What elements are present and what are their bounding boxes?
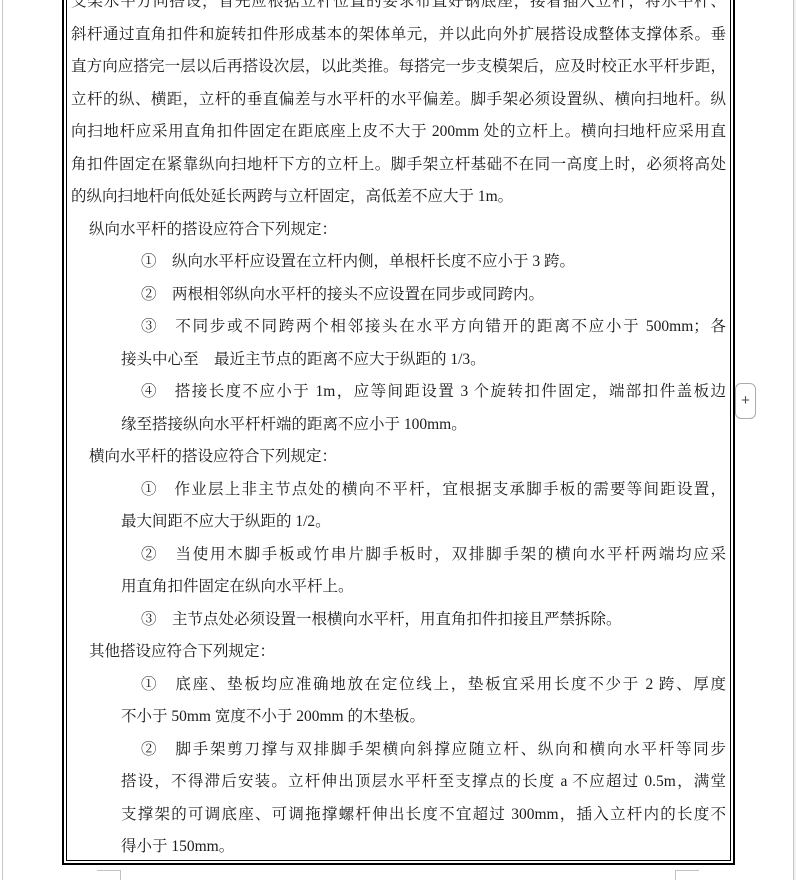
text-line: 接头中心至 最近主节点的距离不应大于纵距的 1/3。	[71, 344, 726, 377]
text-line: 斜杆通过直角扣件和旋转扣件形成基本的架体单元，并以此向外扩展搭设成整体支撑体系。…	[71, 19, 726, 52]
text-line: 支撑架的可调底座、可调拖撑螺杆伸出长度不宜超过 300mm，插入立杆内的长度不	[71, 799, 726, 832]
text-line: 向扫地杆应采用直角扣件固定在距底座上皮不大于 200mm 处的立杆上。横向扫地杆…	[71, 116, 726, 149]
text-line: ② 两根相邻纵向水平杆的接头不应设置在同步或同跨内。	[71, 279, 726, 312]
text-line: ② 当使用木脚手板或竹串片脚手板时，双排脚手架的横向水平杆两端均应采	[71, 539, 726, 572]
plus-button[interactable]: +	[735, 383, 756, 419]
table-cell-inner-border: 支架水平方向搭设，首先应根据立杆位置的要求布置好钢底座，接着插入立杆，将水平杆、…	[66, 0, 731, 861]
text-line: 其他搭设应符合下列规定：	[71, 636, 726, 669]
text-line: ① 作业层上非主节点处的横向不平杆，宜根据支承脚手板的需要等间距设置，	[71, 474, 726, 507]
margin-mark-left	[97, 870, 121, 880]
text-line: 得小于 150mm。	[71, 831, 726, 861]
text-line: 纵向水平杆的搭设应符合下列规定：	[71, 214, 726, 247]
text-line: ① 底座、垫板均应准确地放在定位线上，垫板宜采用长度不少于 2 跨、厚度	[71, 669, 726, 702]
text-line: 缘至搭接纵向水平杆杆端的距离不应小于 100mm。	[71, 409, 726, 442]
text-line: 最大间距不应大于纵距的 1/2。	[71, 506, 726, 539]
text-line: 直方向应搭完一层以后再搭设次层，以此类推。每搭完一步支模架后，应及时校正水平杆步…	[71, 51, 726, 84]
text-line: 立杆的纵、横距，立杆的垂直偏差与水平杆的水平偏差。脚手架必须设置纵、横向扫地杆。…	[71, 84, 726, 117]
text-line: 搭设，不得滞后安装。立杆伸出顶层水平杆至支撑点的长度 a 不应超过 0.5m，满…	[71, 766, 726, 799]
text-line: ④ 搭接长度不应小于 1m，应等间距设置 3 个旋转扣件固定，端部扣件盖板边	[71, 376, 726, 409]
text-line: 的纵向扫地杆向低处延长两跨与立杆固定，高低差不应大于 1m。	[71, 181, 726, 214]
text-line: 横向水平杆的搭设应符合下列规定：	[71, 441, 726, 474]
margin-mark-right	[675, 870, 699, 880]
text-line: ③ 主节点处必须设置一根横向水平杆，用直角扣件扣接且严禁拆除。	[71, 604, 726, 637]
page-edge-right	[793, 0, 794, 880]
document-text: 支架水平方向搭设，首先应根据立杆位置的要求布置好钢底座，接着插入立杆，将水平杆、…	[67, 0, 730, 861]
text-line: 不小于 50mm 宽度不小于 200mm 的木垫板。	[71, 701, 726, 734]
text-line: ② 脚手架剪刀撑与双排脚手架横向斜撑应随立杆、纵向和横向水平杆等同步	[71, 734, 726, 767]
text-line: 角扣件固定在紧靠纵向扫地杆下方的立杆上。脚手架立杆基础不在同一高度上时，必须将高…	[71, 149, 726, 182]
text-line: ③ 不同步或不同跨两个相邻接头在水平方向错开的距离不应小于 500mm；各	[71, 311, 726, 344]
document-table-cell: 支架水平方向搭设，首先应根据立杆位置的要求布置好钢底座，接着插入立杆，将水平杆、…	[62, 0, 735, 865]
text-line: 支架水平方向搭设，首先应根据立杆位置的要求布置好钢底座，接着插入立杆，将水平杆、	[71, 0, 726, 19]
text-line: ① 纵向水平杆应设置在立杆内侧，单根杆长度不应小于 3 跨。	[71, 246, 726, 279]
page-edge-left	[2, 0, 3, 880]
text-line: 用直角扣件固定在纵向水平杆上。	[71, 571, 726, 604]
